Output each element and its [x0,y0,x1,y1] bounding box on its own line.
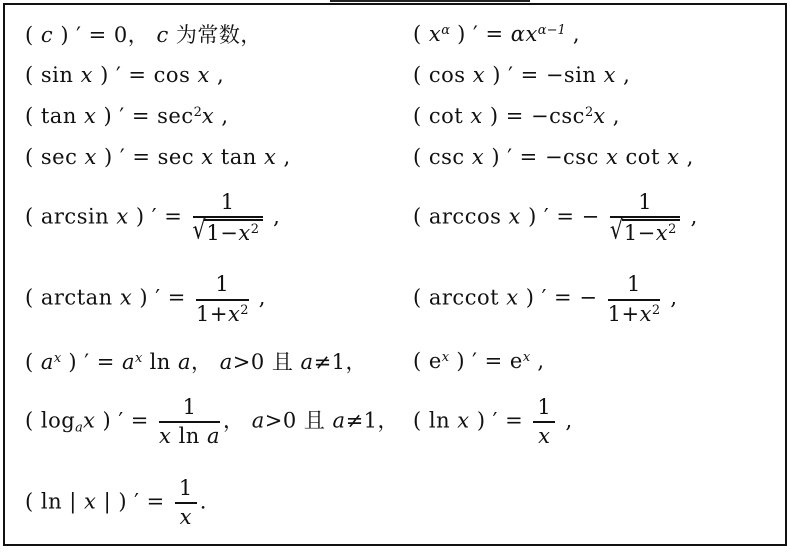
math-var: x [85,145,97,169]
math-roman: , [616,63,630,87]
math-var: x [84,490,96,514]
formula-row: ( c ) ′ = 0， c 为常数，( xα ) ′ = αxα−1 , [25,13,779,54]
math-roman: , [530,349,544,373]
formula-cell-left: ( arcsin x ) ′ = 1√1−x2 , [25,190,413,246]
superscript: α−1 [538,22,566,37]
math-roman: , [210,63,224,87]
scanned-page: ( c ) ′ = 0， c 为常数，( xα ) ′ = αxα−1 ,( s… [0,0,790,560]
radical-sign: √ [193,215,207,246]
math-roman: , [558,408,572,432]
math-roman: ( ln | [25,490,84,514]
math-roman: ) ′ = − [521,205,607,229]
fraction-denominator: √1−x2 [610,216,680,246]
square-root: √1−x2 [610,219,680,246]
math-roman: ) ′ = − [519,286,605,310]
math-var: x [429,22,441,46]
math-roman: , [663,286,677,310]
formula-cell-right: ( ln x ) ′ = 1x , [413,395,779,449]
math-var: x [120,286,132,310]
math-var: a [252,408,265,432]
math-roman: ( arcsin [25,205,116,229]
math-roman: ) ′ = −sin [485,63,604,87]
formula-cell-left: ( logax ) ′ = 1x ln a， a>0 且 a≠1， [25,395,413,449]
math-var: a [178,350,191,374]
math-roman: ( csc [413,145,472,169]
superscript: 2 [652,302,660,317]
fraction-numerator: 1 [610,190,680,216]
math-roman: >0 且 [265,408,333,432]
math-roman: 1− [624,221,656,245]
math-var: x [606,145,618,169]
math-var: a [301,350,314,374]
radicand: 1−x2 [204,219,263,246]
math-roman: , [214,104,228,128]
formula-row: ( tan x ) ′ = sec2x ,( cot x ) = −csc2x … [25,95,779,136]
math-roman: | ) ′ = [96,490,172,514]
math-var: x [509,205,521,229]
fraction-denominator: 1+x2 [608,299,661,327]
math-roman: 为常数， [169,23,262,47]
math-roman: ) ′ = 0， [53,23,156,47]
math-var: x [238,221,250,245]
fraction: 1x ln a [159,395,220,449]
math-roman: 1+ [196,302,228,326]
math-roman: ) ′ = sec [96,104,193,128]
math-roman: ， [223,408,252,432]
square-root: √1−x2 [193,219,263,246]
fraction: 1x [175,476,197,530]
formula-cell-right: ( ex ) ′ = ex , [413,349,779,373]
math-roman: ( cot [413,104,470,128]
math-roman: ) ′ = sec [97,145,201,169]
math-var: x [83,408,95,432]
superscript: α [441,22,450,37]
math-var: x [656,221,668,245]
math-roman: , [252,286,266,310]
math-roman: , [566,22,580,46]
math-var: c [41,23,53,47]
formula-cell-left: ( tan x ) ′ = sec2x , [25,104,413,128]
math-roman: ( e [413,349,442,373]
math-roman: , [683,205,697,229]
math-var: x [116,205,128,229]
math-roman: ( log [25,408,75,432]
fraction-denominator: x ln a [159,421,220,449]
math-roman: ( ln [413,408,457,432]
fraction: 1√1−x2 [193,190,263,246]
math-var: a [41,350,54,374]
formula-row: ( ax ) ′ = ax ln a， a>0 且 a≠1，( ex ) ′ =… [25,340,779,381]
math-var: x [640,302,652,326]
fraction: 11+x2 [196,272,249,326]
math-roman: ≠1， [314,350,367,374]
math-roman: ( arccot [413,286,506,310]
radical-sign: √ [610,215,624,246]
math-roman: ≠1， [346,408,399,432]
math-var: x [604,63,616,87]
fraction-denominator: √1−x2 [193,216,263,246]
math-var: x [473,63,485,87]
formula-cell-left: ( ax ) ′ = ax ln a， a>0 且 a≠1， [25,346,413,376]
math-var: x [506,286,518,310]
math-roman: 1 [627,272,641,296]
formula-cell-left: ( arctan x ) ′ = 11+x2 , [25,272,413,326]
math-var: x [180,505,192,529]
formula-row: ( logax ) ′ = 1x ln a， a>0 且 a≠1，( ln x … [25,381,779,462]
math-roman: ( tan [25,104,84,128]
math-var: a [333,408,346,432]
superscript: 2 [668,222,676,237]
math-roman: ln [171,424,207,448]
math-var: x [264,145,276,169]
fraction-numerator: 1 [196,272,249,298]
formula-cell-left: ( c ) ′ = 0， c 为常数， [25,19,413,49]
math-roman: ( [25,350,41,374]
math-roman: 1 [221,190,235,214]
math-var: x [470,104,482,128]
math-roman: ( [413,22,429,46]
subscript: a [75,420,83,435]
fraction: 1√1−x2 [610,190,680,246]
math-roman: ) = −csc [483,104,585,128]
fraction: 11+x2 [608,272,661,326]
math-roman: . [200,490,207,514]
math-roman: 1− [206,221,238,245]
formula-cell-left: ( ln | x | ) ′ = 1x. [25,476,413,530]
math-roman: ( sec [25,145,85,169]
math-roman: ) ′ = −csc [484,145,606,169]
formula-cell-right: ( arccos x ) ′ = − 1√1−x2 , [413,190,779,246]
formula-cell-right: ( cot x ) = −csc2x , [413,104,779,128]
math-roman: 1 [179,476,193,500]
math-roman: cot [618,145,667,169]
formula-cell-right: ( xα ) ′ = αxα−1 , [413,22,779,46]
math-roman: ) ′ = cos [93,63,198,87]
math-var: x [538,424,550,448]
fraction-numerator: 1 [533,395,555,421]
formula-row: ( ln | x | ) ′ = 1x. [25,463,779,544]
fraction-denominator: x [533,421,555,449]
math-var: a [220,350,233,374]
math-var: x [593,104,605,128]
math-roman: ) ′ = [61,350,122,374]
math-roman: 1 [638,190,652,214]
formula-cell-right: ( csc x ) ′ = −csc x cot x , [413,145,779,169]
math-var: x [201,145,213,169]
fraction-denominator: x [175,502,197,530]
math-roman: ( [25,23,41,47]
fraction-denominator: 1+x2 [196,299,249,327]
math-var: a [207,424,220,448]
scan-artifact-line [330,0,530,2]
math-roman: 1+ [608,302,640,326]
math-var: x [202,104,214,128]
math-var: αx [511,22,538,46]
formula-cell-left: ( sec x ) ′ = sec x tan x , [25,145,413,169]
math-var: x [228,302,240,326]
math-var: c [156,23,168,47]
math-var: x [159,424,171,448]
math-var: x [198,63,210,87]
fraction-numerator: 1 [175,476,197,502]
math-var: x [84,104,96,128]
radicand: 1−x2 [622,219,681,246]
fraction-numerator: 1 [608,272,661,298]
math-var: x [81,63,93,87]
formula-row: ( arctan x ) ′ = 11+x2 ,( arccot x ) ′ =… [25,259,779,340]
superscript: 2 [240,302,248,317]
math-roman: , [606,104,620,128]
math-roman: 1 [183,395,197,419]
math-var: x [457,408,469,432]
fraction-numerator: 1 [193,190,263,216]
formula-row: ( sec x ) ′ = sec x tan x ,( csc x ) ′ =… [25,136,779,177]
math-roman: 1 [537,395,551,419]
math-roman: ( cos [413,63,473,87]
math-roman: tan [214,145,264,169]
math-roman: , [679,145,693,169]
math-roman: >0 且 [233,350,301,374]
math-roman: , [276,145,290,169]
math-roman: ( arccos [413,205,509,229]
math-var: a [122,350,135,374]
derivative-formula-table: ( c ) ′ = 0， c 为常数，( xα ) ′ = αxα−1 ,( s… [3,3,787,546]
math-roman: ( arctan [25,286,120,310]
math-roman: ) ′ = [95,408,156,432]
math-roman: ， [191,350,220,374]
math-roman: 1 [215,272,229,296]
formula-cell-left: ( sin x ) ′ = cos x , [25,63,413,87]
math-roman: ) ′ = [470,408,531,432]
math-roman: ( sin [25,63,81,87]
math-var: x [472,145,484,169]
math-roman: ) ′ = [450,22,511,46]
fraction-numerator: 1 [159,395,220,421]
formula-row: ( sin x ) ′ = cos x ,( cos x ) ′ = −sin … [25,54,779,95]
superscript: 2 [585,105,593,120]
math-roman: ) ′ = [132,286,193,310]
formula-row: ( arcsin x ) ′ = 1√1−x2 ,( arccos x ) ′ … [25,178,779,259]
formula-cell-right: ( arccot x ) ′ = − 11+x2 , [413,272,779,326]
fraction: 1x [533,395,555,449]
math-roman: ) ′ = [129,205,190,229]
math-roman: , [266,205,280,229]
superscript: 2 [194,105,202,120]
math-roman: ln [142,350,178,374]
superscript: 2 [251,222,259,237]
formula-cell-right: ( cos x ) ′ = −sin x , [413,63,779,87]
math-var: x [667,145,679,169]
math-roman: ) ′ = e [449,349,523,373]
